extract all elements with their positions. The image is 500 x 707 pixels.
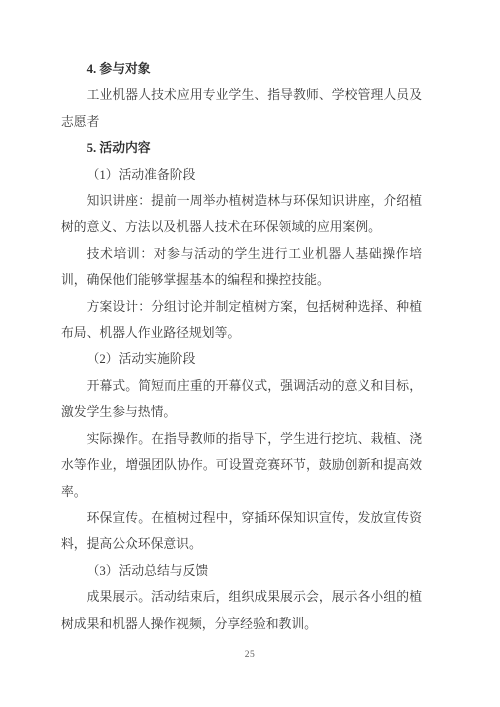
body-paragraph: 知识讲座：提前一周举办植树造林与环保知识讲座，介绍植树的意义、方法以及机器人技术…: [61, 188, 422, 241]
body-paragraph: 环保宣传。在植树过程中，穿插环保知识宣传，发放宣传资料，提高公众环保意识。: [61, 505, 422, 558]
body-paragraph: （1）活动准备阶段: [61, 162, 422, 188]
section-heading: 5. 活动内容: [61, 135, 422, 161]
body-paragraph: 实际操作。在指导教师的指导下，学生进行挖坑、栽植、浇水等作业，增强团队协作。可设…: [61, 426, 422, 505]
body-paragraph: 开幕式。简短而庄重的开幕仪式，强调活动的意义和目标，激发学生参与热情。: [61, 373, 422, 426]
body-paragraph: 技术培训：对参与活动的学生进行工业机器人基础操作培训，确保他们能够掌握基本的编程…: [61, 241, 422, 294]
body-paragraph: （3）活动总结与反馈: [61, 558, 422, 584]
body-paragraph: 方案设计：分组讨论并制定植树方案，包括树种选择、种植布局、机器人作业路径规划等。: [61, 294, 422, 347]
body-paragraph: （2）活动实施阶段: [61, 346, 422, 372]
document-content: 4. 参与对象工业机器人技术应用专业学生、指导教师、学校管理人员及志愿者5. 活…: [61, 56, 422, 637]
page-number: 25: [0, 650, 500, 660]
section-heading: 4. 参与对象: [61, 56, 422, 82]
document-page: 4. 参与对象工业机器人技术应用专业学生、指导教师、学校管理人员及志愿者5. 活…: [0, 0, 500, 707]
body-paragraph: 成果展示。活动结束后，组织成果展示会，展示各小组的植树成果和机器人操作视频，分享…: [61, 584, 422, 637]
body-paragraph: 工业机器人技术应用专业学生、指导教师、学校管理人员及志愿者: [61, 82, 422, 135]
